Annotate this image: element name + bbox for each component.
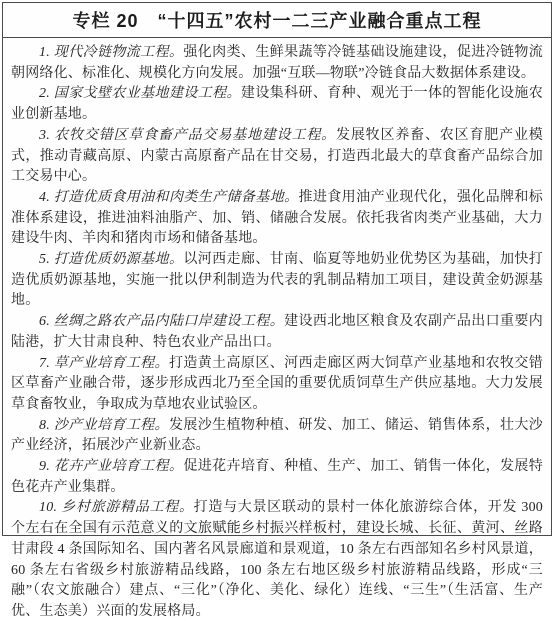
project-item: 4. 打造优质食用油和肉类生产储备基地。推进食用油产业现代化，强化品牌和标准体系… [11, 188, 543, 250]
project-item: 8. 沙产业培育工程。发展沙生植物种植、研发、加工、储运、销售体系，壮大沙产业经… [11, 416, 543, 457]
project-item-lead: 3. 农牧交错区草食畜产品交易基地建设工程。 [39, 128, 336, 143]
project-item-lead: 1. 现代冷链物流工程。 [39, 45, 183, 60]
project-item-lead: 6. 丝绸之路农产品内陆口岸建设工程。 [39, 314, 284, 329]
project-box-panel: 专栏 20 “十四五”农村一二三产业融合重点工程 1. 现代冷链物流工程。强化肉… [2, 2, 552, 536]
panel-title-bar: 专栏 20 “十四五”农村一二三产业融合重点工程 [3, 3, 551, 38]
project-item-lead: 8. 沙产业培育工程。 [39, 418, 169, 433]
project-item-lead: 9. 花卉产业培育工程。 [39, 459, 183, 474]
project-item: 9. 花卉产业培育工程。促进花卉培育、种植、生产、加工、销售一体化，发展特色花卉… [11, 457, 543, 498]
panel-body: 1. 现代冷链物流工程。强化肉类、生鲜果蔬等冷链基础设施建设，促进冷链物流朝网络… [3, 38, 551, 538]
project-item: 1. 现代冷链物流工程。强化肉类、生鲜果蔬等冷链基础设施建设，促进冷链物流朝网络… [11, 43, 543, 84]
panel-title: 专栏 20 “十四五”农村一二三产业融合重点工程 [72, 7, 481, 33]
project-item-lead: 4. 打造优质食用油和肉类生产储备基地。 [39, 190, 299, 205]
project-item: 10. 乡村旅游精品工程。打造与大景区联动的景村一体化旅游综合体，开发 300 … [11, 498, 543, 538]
project-item-lead: 5. 打造优质奶源基地。 [39, 252, 183, 267]
project-item: 7. 草产业培育工程。打造黄土高原区、河西走廊区两大饲草产业基地和农牧交错区草畜… [11, 354, 543, 416]
project-item: 2. 国家戈壁农业基地建设工程。建设集科研、育种、观光于一体的智能化设施农业创新… [11, 84, 543, 125]
project-item-lead: 7. 草产业培育工程。 [39, 356, 169, 371]
project-item-lead: 2. 国家戈壁农业基地建设工程。 [39, 86, 241, 101]
project-item: 5. 打造优质奶源基地。以河西走廊、甘南、临夏等地奶业优势区为基础，加快打造优质… [11, 250, 543, 312]
project-item-lead: 10. 乡村旅游精品工程。 [39, 500, 194, 515]
project-item: 6. 丝绸之路农产品内陆口岸建设工程。建设西北地区粮食及农副产品出口重要内陆港，… [11, 312, 543, 353]
project-item: 3. 农牧交错区草食畜产品交易基地建设工程。发展牧区养畜、农区育肥产业模式，推动… [11, 126, 543, 188]
